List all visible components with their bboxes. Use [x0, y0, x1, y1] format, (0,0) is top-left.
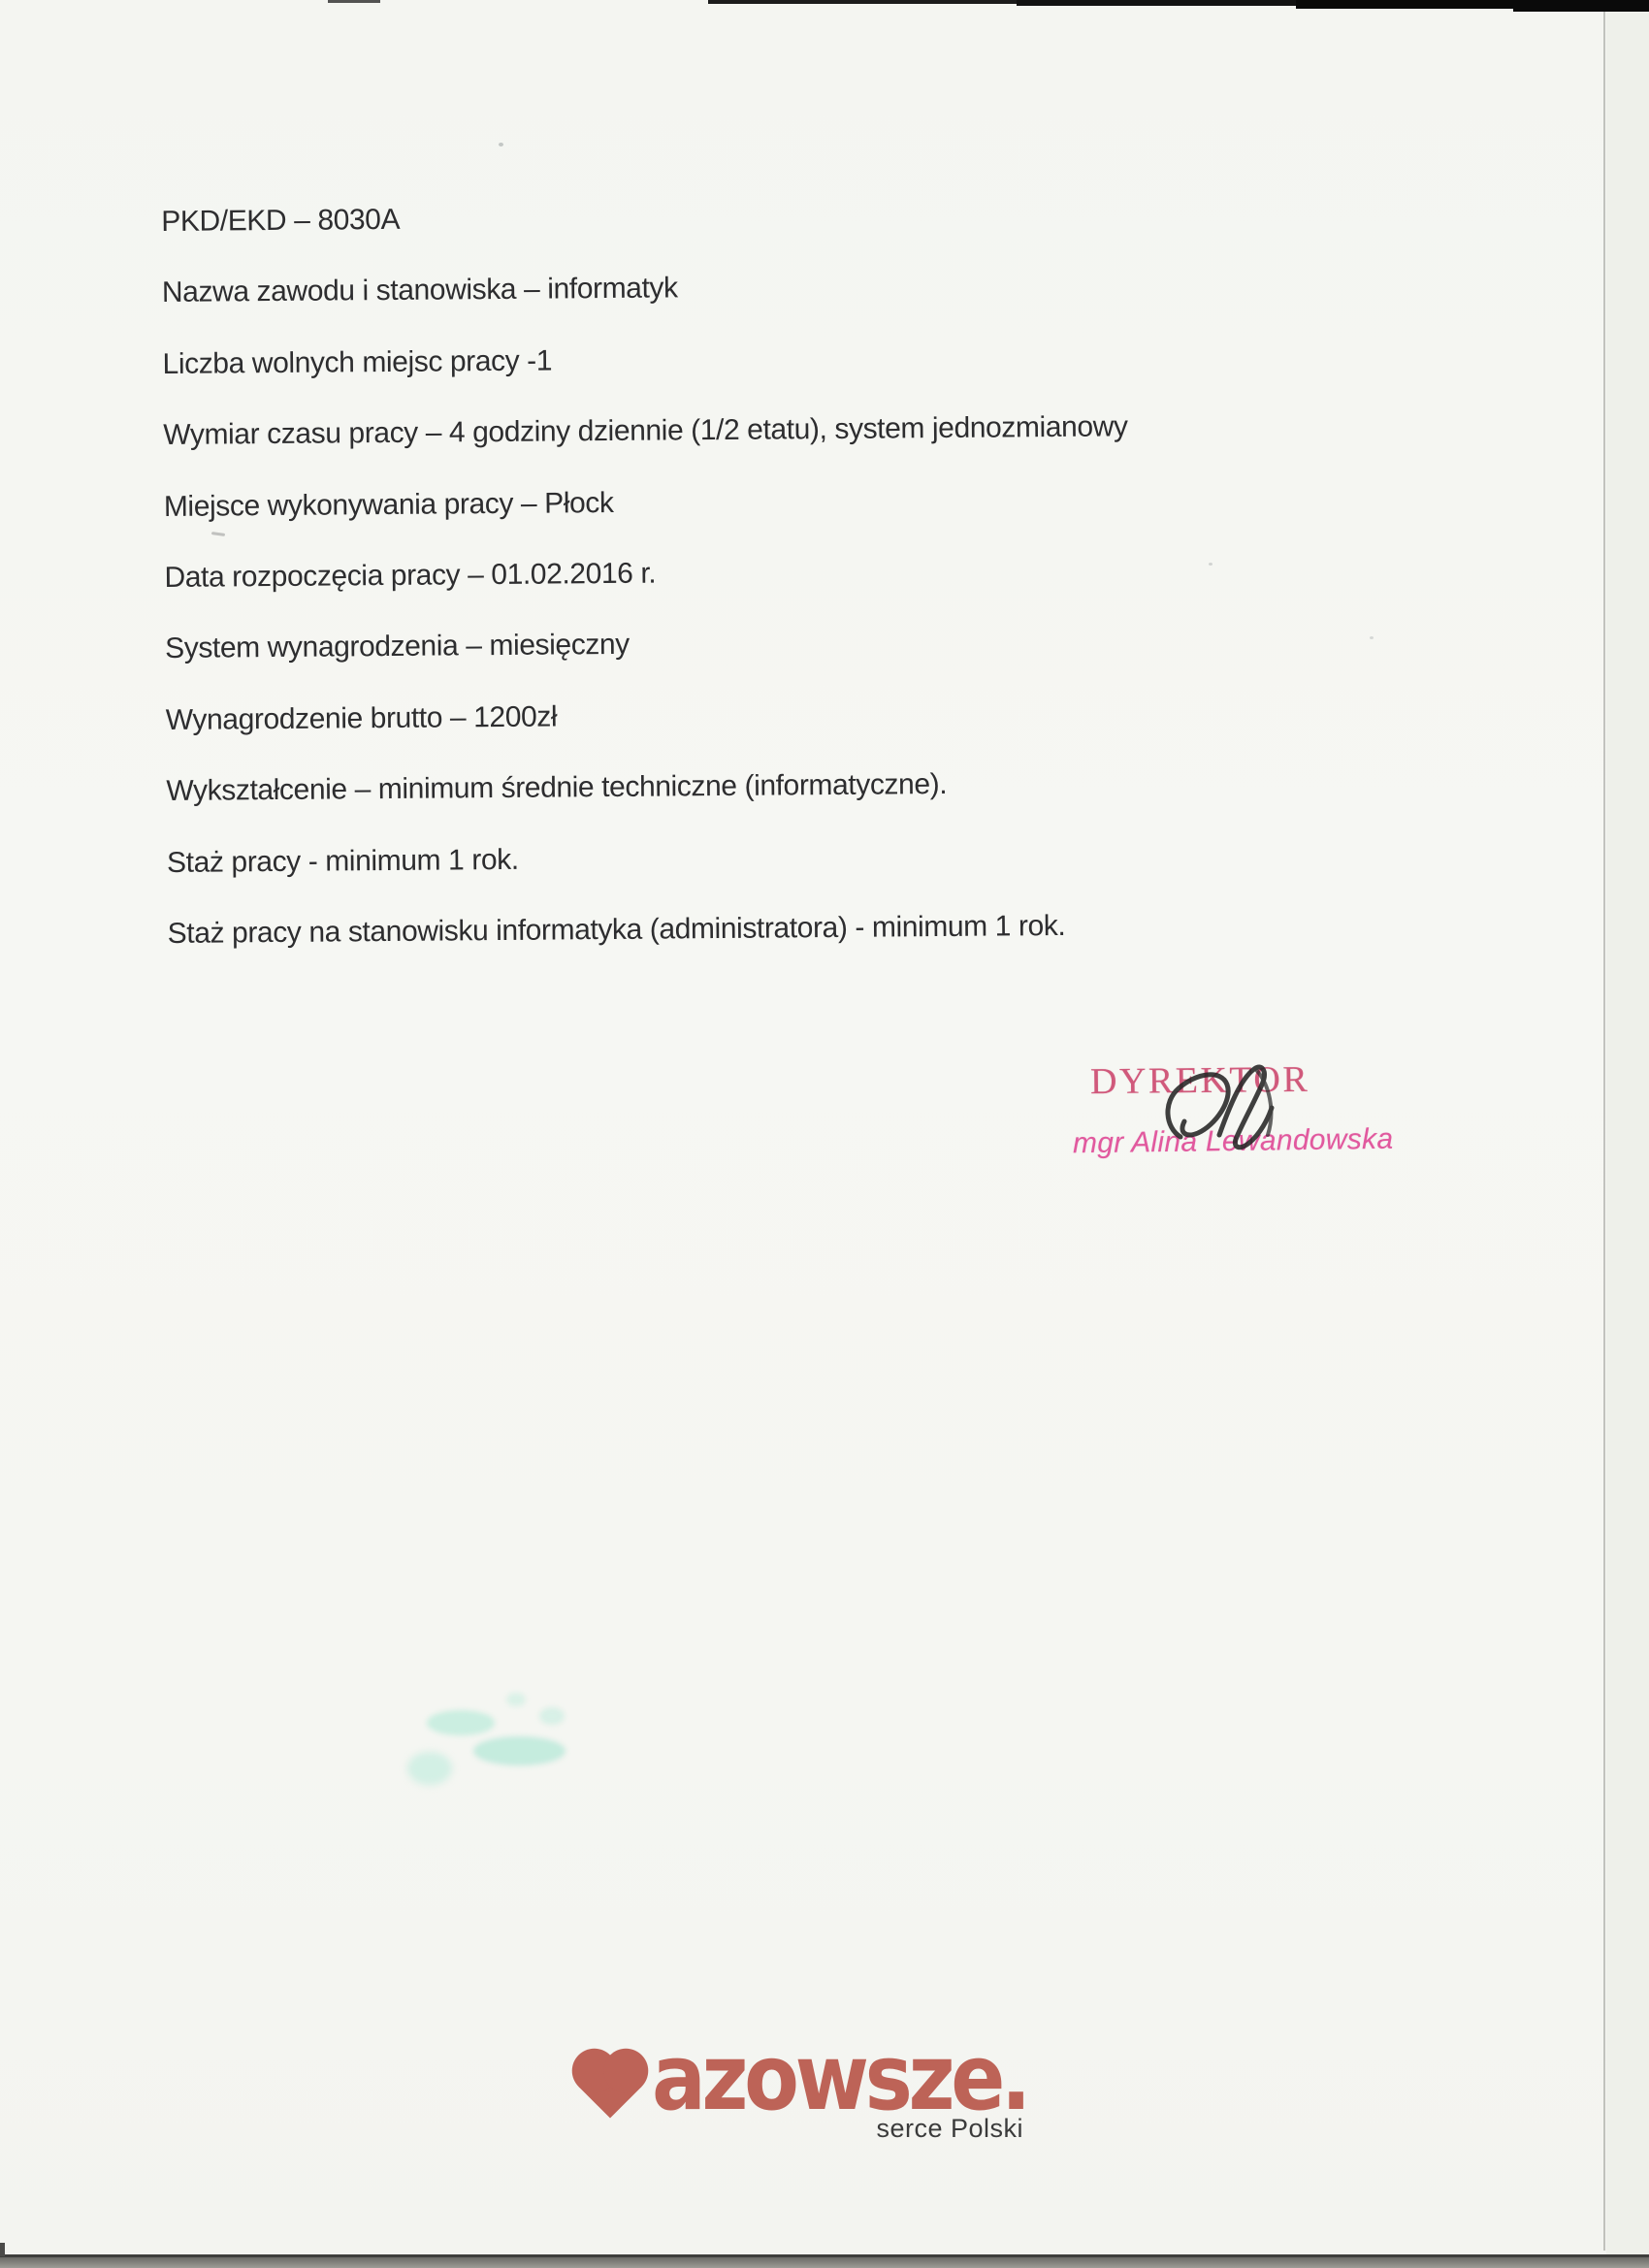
document-line-workplace: Miejsce wykonywania pracy – Płock: [164, 460, 1406, 542]
heart-icon: [578, 2055, 641, 2118]
signature-icon: [1159, 1059, 1314, 1166]
document-body: PKD/EKD – 8030A Nazwa zawodu i stanowisk…: [161, 176, 1409, 970]
paper-edge-line: [1603, 8, 1605, 2251]
scanner-edge-top: [1017, 0, 1300, 6]
document-line-working-time: Wymiar czasu pracy – 4 godziny dziennie …: [163, 389, 1406, 471]
scanner-edge-bottom: [0, 2257, 1649, 2268]
document-line-gross-pay: Wynagrodzenie brutto – 1200zł: [165, 674, 1407, 757]
logo-wordmark: azowsze.: [652, 2033, 1027, 2124]
ink-smudge: [539, 1707, 565, 1725]
scanner-background-strip: [1606, 0, 1649, 2268]
scan-speck: [1209, 563, 1212, 566]
document-line-start-date: Data rozpoczęcia pracy – 01.02.2016 r.: [164, 532, 1406, 614]
scan-speck: [499, 143, 503, 146]
document-line-position-experience: Staż pracy na stanowisku informatyka (ad…: [167, 888, 1409, 970]
document-line-pkd: PKD/EKD – 8030A: [161, 176, 1404, 258]
scanner-edge-top: [1513, 0, 1649, 12]
ink-smudge: [506, 1693, 526, 1706]
ink-smudge: [473, 1736, 566, 1766]
ink-smudge: [427, 1710, 495, 1735]
document-line-job-name: Nazwa zawodu i stanowiska – informatyk: [162, 246, 1405, 329]
scanner-edge-bottom: [0, 2243, 5, 2256]
scan-speck: [1370, 636, 1374, 639]
ink-smudge: [407, 1752, 452, 1785]
document-line-experience: Staż pracy - minimum 1 rok.: [167, 816, 1409, 898]
scanned-document-page: PKD/EKD – 8030A Nazwa zawodu i stanowisk…: [0, 0, 1649, 2268]
scanner-edge-top: [328, 0, 380, 3]
document-line-vacancies: Liczba wolnych miejsc pracy -1: [162, 318, 1405, 401]
document-line-pay-system: System wynagrodzenia – miesięczny: [165, 602, 1407, 685]
document-line-education: Wykształcenie – minimum średnie technicz…: [166, 745, 1408, 827]
scanner-edge-top: [708, 0, 1018, 4]
logo-tagline: serce Polski: [863, 2114, 1023, 2144]
